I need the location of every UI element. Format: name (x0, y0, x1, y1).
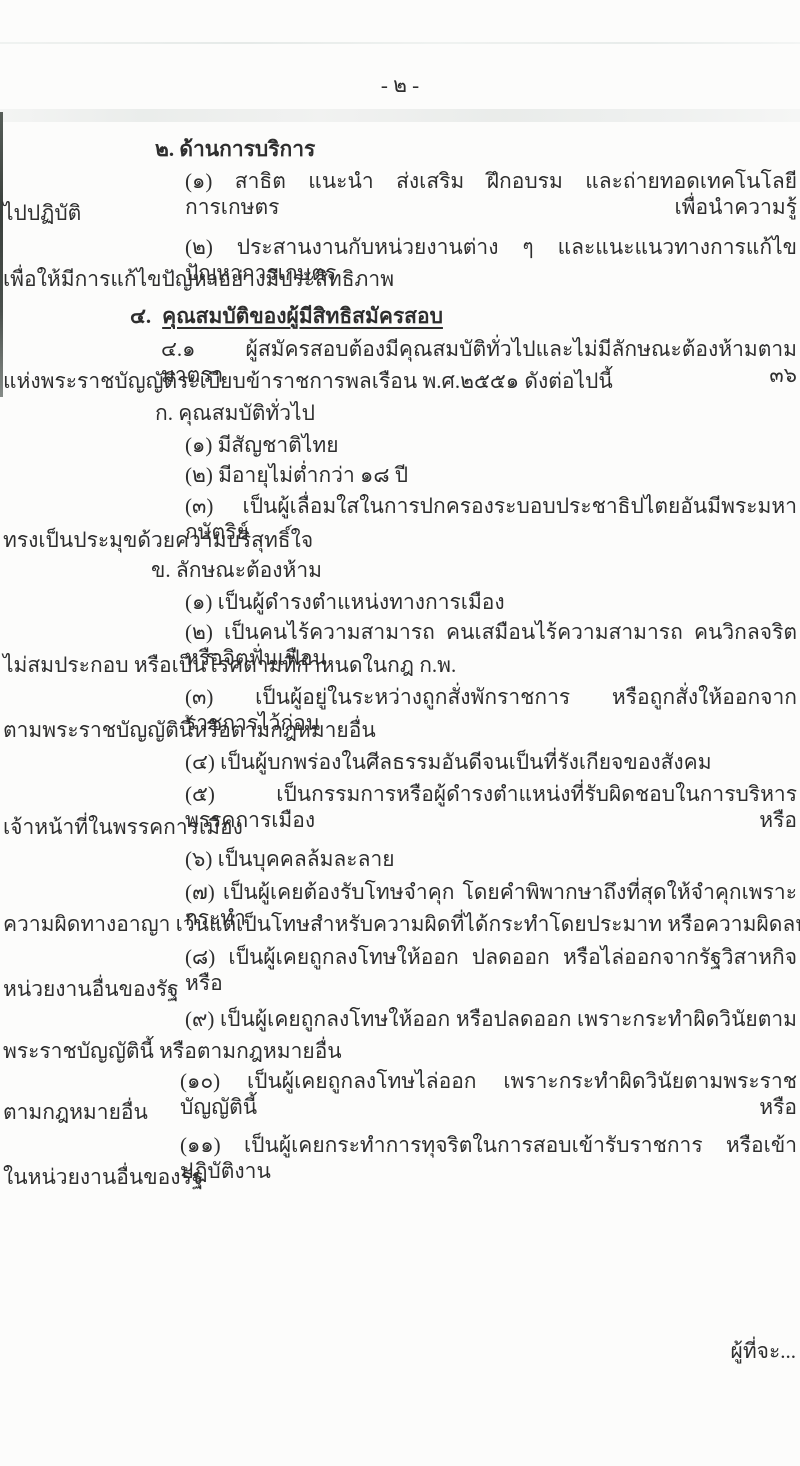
prohibited-characteristic-line: ไม่สมประกอบ หรือเป็นโรคตามที่กำหนดในกฎ ก… (3, 652, 456, 678)
prohibited-characteristic-line: ตามกฎหมายอื่น (3, 1099, 148, 1125)
section-2-item-line: (๑) สาธิต แนะนำ ส่งเสริม ฝึกอบรม และถ่าย… (185, 168, 797, 221)
section-4-number: ๔. (130, 304, 151, 328)
prohibited-characteristic-line: ในหน่วยงานอื่นของรัฐ (3, 1164, 203, 1190)
section-2-item-line: เพื่อให้มีการแก้ไขปัญหาอย่างมีประสิทธิภา… (3, 266, 394, 292)
general-qualification-line: (๒) มีอายุไม่ต่ำกว่า ๑๘ ปี (185, 462, 408, 488)
catchword: ผู้ที่จะ... (600, 1338, 796, 1364)
section-4-title: คุณสมบัติของผู้มีสิทธิสมัครสอบ (162, 304, 443, 328)
section-4-heading: ๔.คุณสมบัติของผู้มีสิทธิสมัครสอบ (130, 303, 443, 329)
general-qualification-line: (๑) มีสัญชาติไทย (185, 432, 339, 458)
prohibited-characteristic-line: (๑๑) เป็นผู้เคยกระทำการทุจริตในการสอบเข้… (180, 1132, 797, 1185)
prohibited-characteristic-line: ความผิดทางอาญา เว้นแต่เป็นโทษสำหรับความผ… (3, 911, 800, 937)
section-2-heading: ๒. ด้านการบริการ (155, 136, 315, 162)
prohibited-characteristic-line: (๔) เป็นผู้บกพร่องในศีลธรรมอันดีจนเป็นที… (185, 749, 712, 775)
prohibited-characteristic-line: (๖) เป็นบุคคลล้มละลาย (185, 846, 395, 872)
prohibited-characteristic-line: (๕) เป็นกรรมการหรือผู้ดำรงตำแหน่งที่รับผ… (185, 781, 797, 834)
scan-artifact-band (0, 109, 800, 122)
section-2-item-line: ไปปฏิบัติ (3, 200, 81, 226)
prohibited-characteristic-line: (๑) เป็นผู้ดำรงตำแหน่งทางการเมือง (185, 589, 505, 615)
prohibited-characteristic-line: (๑๐) เป็นผู้เคยถูกลงโทษไล่ออก เพราะกระทำ… (180, 1068, 797, 1121)
general-qualification-line: ทรงเป็นประมุขด้วยความบริสุทธิ์ใจ (3, 527, 313, 553)
prohibited-characteristic-line: พระราชบัญญัตินี้ หรือตามกฎหมายอื่น (3, 1038, 342, 1064)
prohibited-characteristics-heading: ข. ลักษณะต้องห้าม (151, 557, 322, 583)
document-page: - ๒ - ๒. ด้านการบริการ (๑) สาธิต แนะนำ ส… (0, 0, 800, 1466)
general-qualifications-heading: ก. คุณสมบัติทั่วไป (155, 400, 315, 426)
page-number: - ๒ - (0, 72, 800, 98)
prohibited-characteristic-line: ตามพระราชบัญญัตินี้หรือตามกฎหมายอื่น (3, 717, 376, 743)
clause-4-1-line: แห่งพระราชบัญญัติระเบียบข้าราชการพลเรือน… (3, 368, 613, 394)
scan-artifact-rule (0, 42, 800, 44)
prohibited-characteristic-line: เจ้าหน้าที่ในพรรคการเมือง (3, 814, 243, 840)
prohibited-characteristic-line: (๙) เป็นผู้เคยถูกลงโทษให้ออก หรือปลดออก … (185, 1006, 797, 1032)
prohibited-characteristic-line: หน่วยงานอื่นของรัฐ (3, 976, 179, 1002)
prohibited-characteristic-line: (๘) เป็นผู้เคยถูกลงโทษให้ออก ปลดออก หรือ… (185, 944, 797, 997)
scan-artifact-edge-mark (0, 112, 3, 397)
